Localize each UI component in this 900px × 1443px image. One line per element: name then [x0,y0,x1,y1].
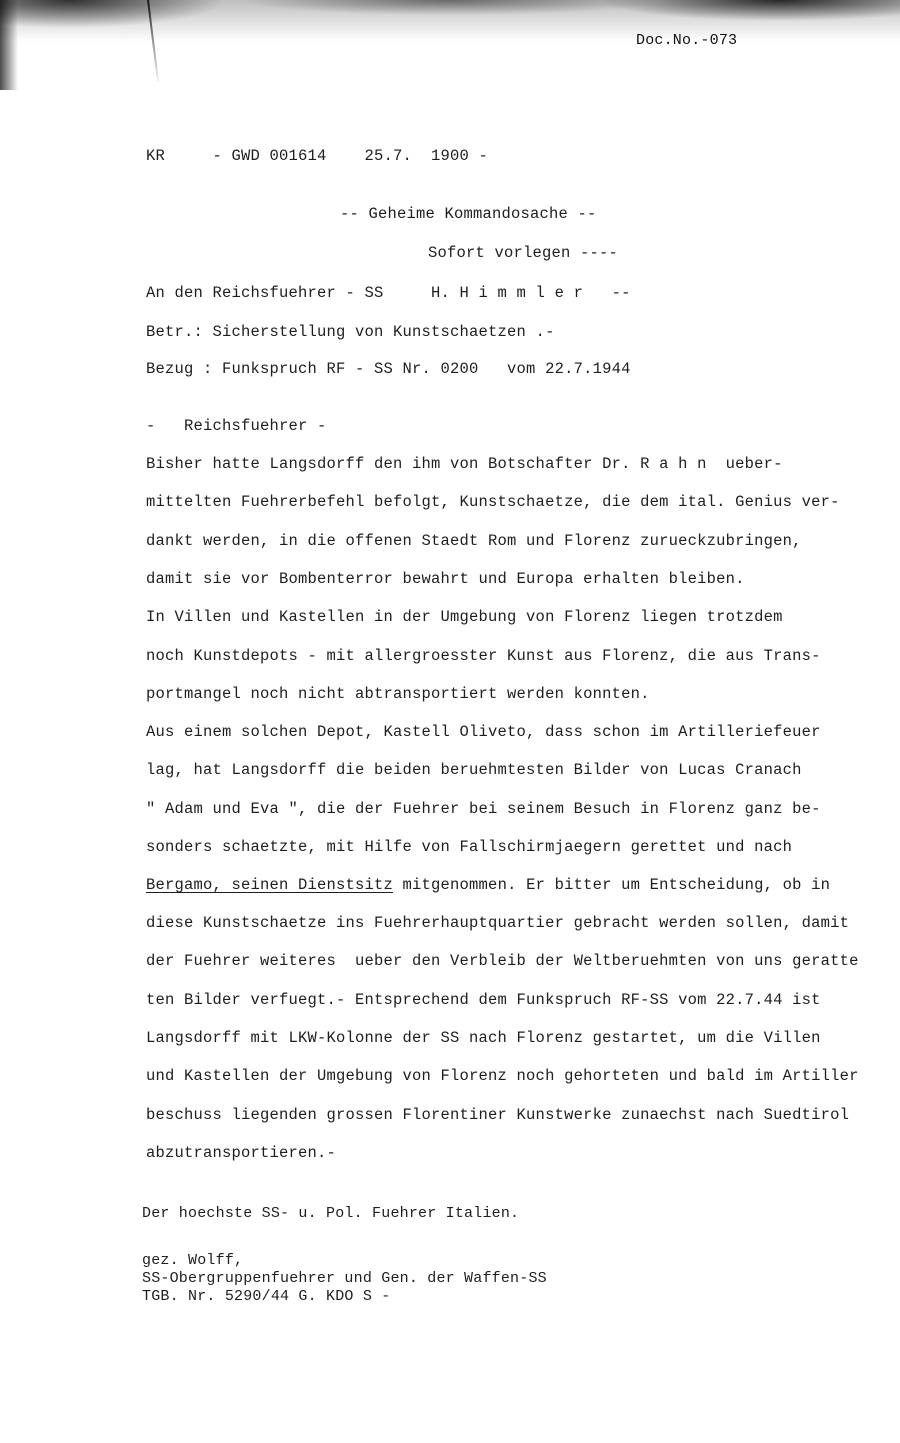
body-line: abzutransportieren.- [146,1144,336,1162]
signature-line: TGB. Nr. 5290/44 G. KDO S - [142,1288,390,1306]
reference-line: Bezug : Funkspruch RF - SS Nr. 0200 vom … [146,360,631,378]
paper-crease [147,0,159,81]
subject-line: Betr.: Sicherstellung von Kunstschaetzen… [146,323,555,341]
body-line: beschuss liegenden grossen Florentiner K… [146,1106,849,1124]
closing-title: Der hoechste SS- u. Pol. Fuehrer Italien… [142,1205,519,1223]
body-line: diese Kunstschaetze ins Fuehrerhauptquar… [146,914,849,932]
addressee-line: An den Reichsfuehrer - SS H. H i m m l e… [146,284,631,302]
body-line: In Villen und Kastellen in der Umgebung … [146,608,783,626]
telegram-reference-line: KR - GWD 001614 25.7. 1900 - [146,147,488,165]
underlined-location: Bergamo, seinen Dienstsitz [146,876,393,894]
signature-line: SS-Obergruppenfuehrer und Gen. der Waffe… [142,1270,547,1288]
body-line: " Adam und Eva ", die der Fuehrer bei se… [146,800,821,818]
body-line: Langsdorff mit LKW-Kolonne der SS nach F… [146,1029,821,1047]
document-number: Doc.No.-073 [636,32,737,50]
urgency-marking: Sofort vorlegen ---- [428,244,618,262]
body-line: noch Kunstdepots - mit allergroesster Ku… [146,647,821,665]
classification-marking: -- Geheime Kommandosache -- [340,205,597,223]
body-line: ten Bilder verfuegt.- Entsprechend dem F… [146,991,821,1009]
body-line: der Fuehrer weiteres ueber den Verbleib … [146,952,859,970]
body-line-continuation: mitgenommen. Er bitter um Entscheidung, … [393,876,830,894]
signature-line: gez. Wolff, [142,1252,243,1270]
document-page: Doc.No.-073 KR - GWD 001614 25.7. 1900 -… [0,0,900,1443]
salutation: - Reichsfuehrer - [146,417,327,435]
worn-top-edge [0,0,900,70]
worn-left-edge [0,0,18,90]
body-line: portmangel noch nicht abtransportiert we… [146,685,650,703]
body-line: dankt werden, in die offenen Staedt Rom … [146,532,802,550]
body-line: mittelten Fuehrerbefehl befolgt, Kunstsc… [146,493,840,511]
body-line: Bisher hatte Langsdorff den ihm von Bots… [146,455,783,473]
body-line: sonders schaetzte, mit Hilfe von Fallsch… [146,838,792,856]
body-line-underlined: Bergamo, seinen Dienstsitz mitgenommen. … [146,876,830,894]
body-line: damit sie vor Bombenterror bewahrt und E… [146,570,745,588]
body-line: und Kastellen der Umgebung von Florenz n… [146,1067,859,1085]
body-line: Aus einem solchen Depot, Kastell Oliveto… [146,723,821,741]
body-line: lag, hat Langsdorff die beiden beruehmte… [146,761,802,779]
